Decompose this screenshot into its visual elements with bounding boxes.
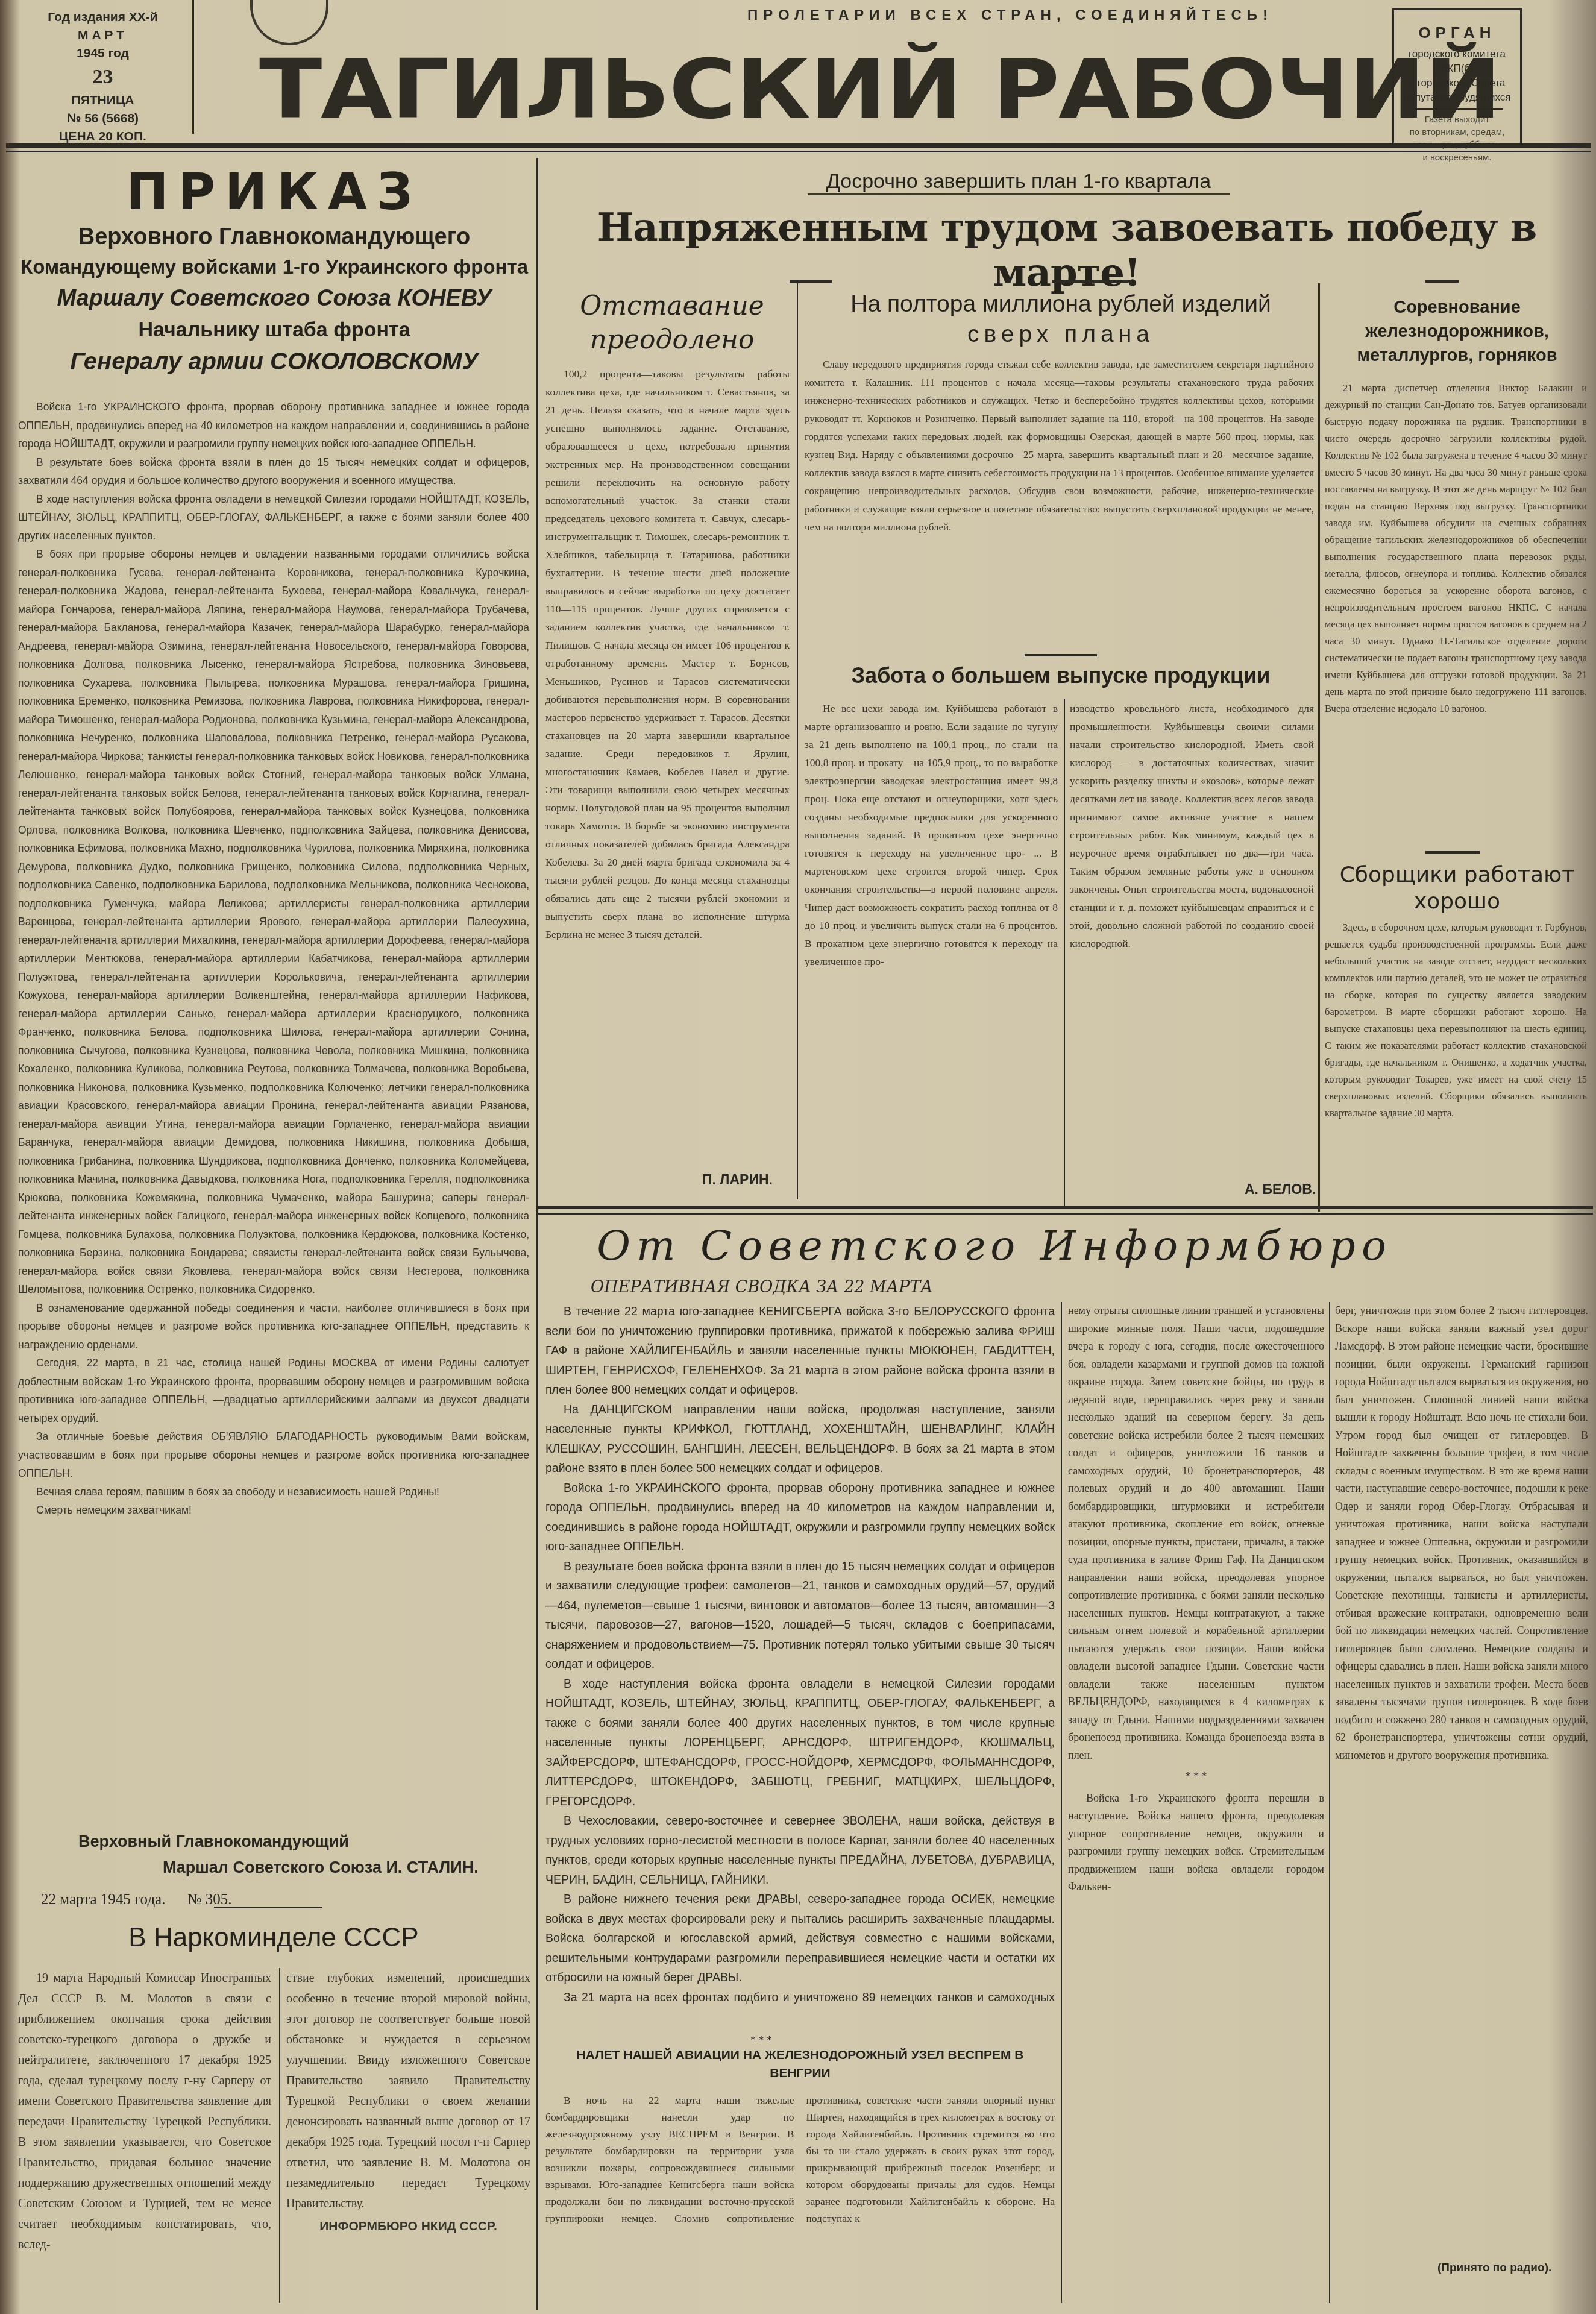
divider [790,280,832,283]
ornament-divider [214,1907,322,1908]
divider [1412,108,1503,110]
schedule-line: Газета выходит [1394,113,1520,126]
paragraph: В результате боев войска фронта взяли в … [545,1557,1055,1674]
article4-title: Соревнование железнодорожников, металлур… [1323,295,1591,368]
kicker: Досрочно завершить план 1-го квартала [808,170,1230,195]
order-subtitle: Начальнику штаба фронта [18,315,530,345]
organ-heading: ОРГАН [1394,24,1520,42]
article3-title: Забота о большем выпуске продукции [805,663,1317,688]
paragraph: За 21 марта на всех фронтах подбито и ун… [545,1988,1055,2007]
paragraph: Вечная слава героям, павшим в боях за св… [18,1483,529,1501]
order-subtitle: Верховного Главнокомандующего [18,222,530,252]
sovinformburo-col2: нему отрыты сплошные линии траншей и уст… [1068,1302,1324,2303]
title-line: железнодорожников, [1323,319,1591,344]
order-body: Войска 1-го УКРАИНСКОГО фронта, прорвав … [18,398,529,1520]
issue-year: 1945 год [13,45,192,63]
narkomindel-col1: 19 марта Народный Комиссар Иностранных Д… [18,1968,271,2255]
column-divider [536,158,538,2310]
paragraph: ствие глубоких изменений, происшедших ос… [286,1968,530,2214]
masthead-divider [6,143,1591,148]
title-line: металлургов, горняков [1323,344,1591,368]
column-divider [1064,699,1065,1206]
paragraph: Не все цехи завода им. Куйбышева работаю… [805,699,1058,970]
paragraph: На ДАНЦИГСКОМ направлении наши войска, п… [545,1400,1055,1479]
column-divider [279,1968,280,2303]
paragraph: Войска 1-го УКРАИНСКОГО фронта, прорвав … [18,398,529,453]
paragraph: В боях при прорыве обороны немцев и овла… [18,545,529,1299]
organ-line: и городского Совета [1394,76,1520,90]
divider [1052,280,1130,283]
air-raid-body: В ночь на 22 марта наши тяжелые бомбарди… [545,2092,1055,2309]
asterisk-divider: * * * [750,2034,772,2047]
issue-number: № 56 (5668) [13,110,192,128]
paragraph: нему отрыты сплошные линии траншей и уст… [1068,1302,1324,1764]
title-line: сверх плана [805,319,1317,350]
order-signature: Верховный Главнокомандующий Маршал Совет… [18,1832,529,1877]
issue-info-box: Год издания XX-й МАРТ 1945 год 23 ПЯТНИЦ… [13,0,194,134]
asterisk-divider: * * * [1068,1768,1324,1786]
paragraph: В ночь на 22 марта наши тяжелые бомбарди… [545,2092,1055,2227]
paragraph: Войска 1-го УКРАИНСКОГО фронта, прорвав … [545,1479,1055,1557]
narkomindel-signature: ИНФОРМБЮРО НКИД СССР. [286,2216,530,2237]
issue-day: 23 [13,63,192,92]
paragraph: Смерть немецким захватчикам! [18,1501,529,1520]
order-subtitle: Маршалу Советского Союза КОНЕВУ [18,282,530,315]
article3-byline: А. БЕЛОВ. [1245,1181,1316,1198]
article2-title: На полтора миллиона рублей изделий сверх… [805,289,1317,350]
article1-body: 100,2 процента—таковы результаты работы … [545,365,790,1160]
order-subtitle: Командующему войсками 1-го Украинского ф… [18,252,530,282]
article4-body: 21 марта диспетчер отделения Виктор Бала… [1325,380,1587,844]
order-header: ПРИКАЗ Верховного Главнокомандующего Ком… [18,162,530,379]
divider [1425,851,1480,854]
narkomindel-title: В Наркоминделе СССР [18,1923,529,1953]
order-subtitle: Генералу армии СОКОЛОВСКОМУ [18,345,530,379]
issue-weekday: ПЯТНИЦА [13,92,192,110]
air-raid-title: НАЛЕТ НАШЕЙ АВИАЦИИ НА ЖЕЛЕЗНОДОРОЖНЫЙ У… [545,2046,1055,2083]
source-note: (Принято по радио). [1437,2262,1551,2275]
issue-month: МАРТ [13,27,192,45]
sovinformburo-col1: В течение 22 марта юго-западнее КЕНИГСБЕ… [545,1302,1055,2006]
paragraph: 19 марта Народный Комиссар Иностранных Д… [18,1968,271,2255]
paragraph: В Чехословакии, северо-восточнее и север… [545,1811,1055,1890]
title-line: Отставание [545,289,799,323]
paragraph: В результате боев войска фронта взяли в … [18,453,529,490]
newspaper-page: Год издания XX-й МАРТ 1945 год 23 ПЯТНИЦ… [0,0,1596,2314]
divider [1025,654,1097,656]
paragraph: Войска 1-го Украинского фронта перешли в… [1068,1790,1324,1896]
paragraph: изводство кровельного листа, необходимог… [1070,699,1314,952]
paragraph: В ходе наступления войска фронта овладел… [18,490,529,545]
divider [1425,280,1459,283]
column-divider [1318,283,1320,1212]
paragraph: Здесь, в сборочном цехе, которым руковод… [1325,919,1587,1122]
article1-byline: П. ЛАРИН. [702,1172,773,1188]
newspaper-title: ТАГИЛЬСКИЙ РАБОЧИЙ [259,49,1316,131]
schedule-line: по вторникам, средам, [1394,126,1520,139]
article3-col1: Не все цехи завода им. Куйбышева работаю… [805,699,1058,1181]
order-date-line: 22 марта 1945 года. № 305. [41,1891,232,1908]
paragraph: В течение 22 марта юго-западнее КЕНИГСБЕ… [545,1302,1055,1400]
column-divider [1061,1302,1062,2303]
slogan: ПРОЛЕТАРИИ ВСЕХ СТРАН, СОЕДИНЯЙТЕСЬ! [747,7,1273,24]
hammer-sickle-emblem-icon [250,0,328,45]
paragraph: В ходе наступления войска фронта овладел… [545,1674,1055,1812]
paragraph: За отличные боевые действия ОБ'ЯВЛЯЮ БЛА… [18,1427,529,1483]
title-line: хорошо [1323,888,1591,915]
sovinformburo-subtitle: ОПЕРАТИВНАЯ СВОДКА ЗА 22 МАРТА [591,1278,933,1297]
section-divider [538,1213,1593,1215]
title-line: На полтора миллиона рублей изделий [805,289,1317,319]
paragraph: Сегодня, 22 марта, в 21 час, столица наш… [18,1354,529,1427]
schedule-line: и воскресеньям. [1394,151,1520,164]
organ-line: депутатов трудящихся [1394,90,1520,105]
signature-title: Верховный Главнокомандующий [18,1832,529,1851]
order-title: ПРИКАЗ [18,162,530,222]
column-divider [1329,1302,1330,2303]
signature-name: Маршал Советского Союза И. СТАЛИН. [18,1858,529,1877]
sovinformburo-title: От Советского Информбюро [542,1222,1447,1270]
paragraph: В ознаменование одержанной победы соедин… [18,1299,529,1354]
article1-title: Отставание преодолено [545,289,799,357]
organ-box: ОРГАН городского комитета ВКП(б) и город… [1392,8,1522,145]
title-line: преодолено [545,323,799,357]
article5-body: Здесь, в сборочном цехе, которым руковод… [1325,919,1587,1199]
masthead-divider [6,151,1591,152]
order-number: № 305. [187,1891,232,1908]
sovinformburo-col3: берг, уничтожив при этом более 2 тысяч г… [1335,1302,1588,2254]
article3-col2: изводство кровельного листа, необходимог… [1070,699,1314,1169]
paragraph: 21 марта диспетчер отделения Виктор Бала… [1325,380,1587,717]
title-line: Соревнование [1323,295,1591,319]
paragraph: Славу передового предприятия города стяж… [805,356,1314,536]
paragraph: В районе нижнего течения реки ДРАВЫ, сев… [545,1890,1055,1988]
section-divider [538,1206,1593,1209]
article5-title: Сборщики работают хорошо [1323,862,1591,915]
title-line: Сборщики работают [1323,862,1591,888]
article2-body: Славу передового предприятия города стяж… [805,356,1314,645]
organ-line: городского комитета ВКП(б) [1394,47,1520,76]
column-divider [797,283,798,1199]
year-of-issue: Год издания XX-й [13,8,192,27]
paragraph: 100,2 процента—таковы результаты работы … [545,365,790,943]
paragraph: берг, уничтожив при этом более 2 тысяч г… [1335,1302,1588,1764]
narkomindel-col2: ствие глубоких изменений, происшедших ос… [286,1968,530,2237]
order-date: 22 марта 1945 года. [41,1891,165,1908]
